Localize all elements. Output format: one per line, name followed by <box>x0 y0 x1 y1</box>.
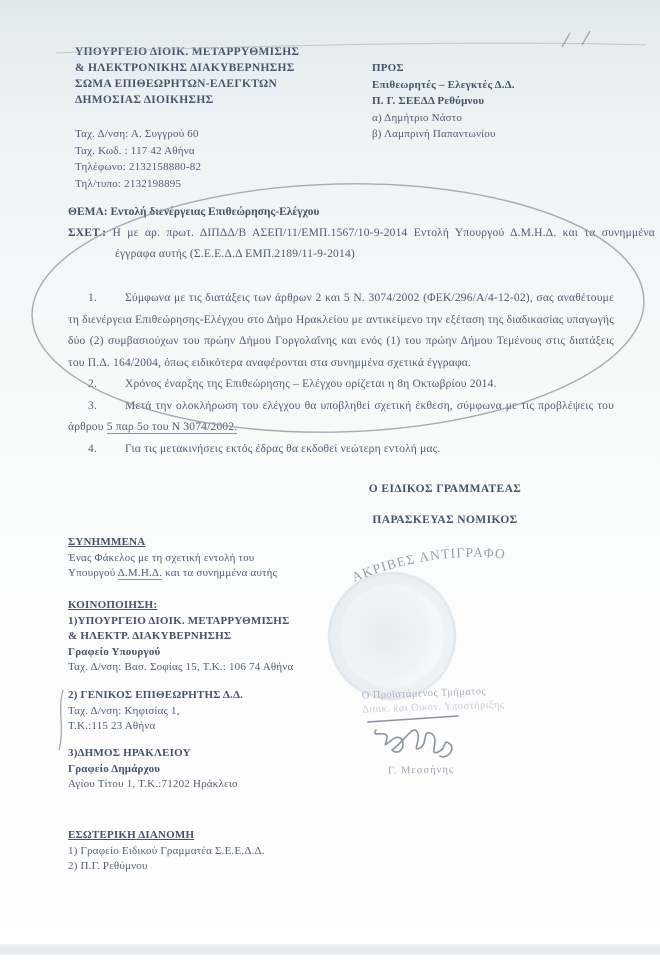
internal-distribution-heading: ΕΣΩΤΕΡΙΚΗ ΔΙΑΝΟΜΗ <box>68 828 378 844</box>
attachments-line: Ένας Φάκελος με τη σχετική εντολή του <box>68 551 348 567</box>
officer-name: Γ. Μεσσήνης <box>388 764 454 776</box>
reference-label: ΣΧΕΤ.: <box>68 227 106 239</box>
agency-line: ΣΩΜΑ ΕΠΙΘΕΩΡΗΤΩΝ-ΕΛΕΓΚΤΩΝ <box>75 76 375 92</box>
pen-mark-left-margin <box>59 690 63 750</box>
notification-entry-line: 1)ΥΠΟΥΡΓΕΙΟ ΔΙΟΙΚ. ΜΕΤΑΡΡΥΘΜΙΣΗΣ <box>68 614 378 630</box>
body-paragraphs: 1.Σύμφωνα με τις διατάξεις των άρθρων 2 … <box>68 288 614 460</box>
officer-stamp-block: Ο Προϊστάμενος Τμήματος Διοικ. και Οικον… <box>362 683 563 718</box>
attachments-line-part: Υπουργού <box>68 567 118 579</box>
subject-line: ΘΕΜΑ: Εντολή διενέργειας Επιθεώρησης-Ελέ… <box>68 206 614 218</box>
paragraph-3: 3.Μετά την ολοκλήρωση του ελέγχου θα υπο… <box>68 396 614 439</box>
signer-name: ΠΑΡΑΣΚΕΥΑΣ ΝΟΜΙΚΟΣ <box>320 514 570 526</box>
recipient-block: ΠΡΟΣ Επιθεωρητές – Ελεγκτές Δ.Δ. Π. Γ. Σ… <box>372 60 632 143</box>
agency-line: ΔΗΜΟΣΙΑΣ ΔΙΟΙΚΗΣΗΣ <box>75 92 375 108</box>
notification-block: ΚΟΙΝΟΠΟΙΗΣΗ: 1)ΥΠΟΥΡΓΕΙΟ ΔΙΟΙΚ. ΜΕΤΑΡΡΥΘ… <box>68 598 378 676</box>
paragraph-number: 4. <box>78 439 97 461</box>
paragraph-4: 4.Για τις μετακινήσεις εκτός έδρας θα εκ… <box>68 439 614 461</box>
paragraph-1: 1.Σύμφωνα με τις διατάξεις των άρθρων 2 … <box>68 288 614 374</box>
contact-block: Ταχ. Δ/νση: Α. Συγγρού 60 Ταχ. Κωδ. : 11… <box>75 126 335 192</box>
agency-line: & ΗΛΕΚΤΡΟΝΙΚΗΣ ΔΙΑΚΥΒΕΡΝΗΣΗΣ <box>75 60 375 76</box>
agency-line: ΥΠΟΥΡΓΕΙΟ ΔΙΟΙΚ. ΜΕΤΑΡΡΥΘΜΙΣΗΣ <box>75 44 375 60</box>
notification-heading: ΚΟΙΝΟΠΟΙΗΣΗ: <box>68 598 378 614</box>
attachments-heading: ΣΥΝΗΜΜΕΝΑ <box>68 535 348 551</box>
recipient-line: Π. Γ. ΣΕΕΔΔ Ρεθύμνου <box>372 93 632 110</box>
paragraph-text-underlined: 5 παρ 5ο του Ν 3074/2002. <box>107 421 238 434</box>
notification-entry-line: Τ.Κ.:115 23 Αθήνα <box>68 719 378 735</box>
subject-text: Εντολή διενέργειας Επιθεώρησης-Ελέγχου <box>110 206 319 218</box>
internal-distribution-line: 1) Γραφείο Ειδικού Γραμματέα Σ.Ε.Ε.Δ.Δ. <box>68 844 378 860</box>
paragraph-text: Για τις μετακινήσεις εκτός έδρας θα εκδο… <box>125 443 440 455</box>
scan-edge-band <box>0 944 660 955</box>
reference-text: Η με αρ. πρωτ. ΔΙΠΔΔ/Β ΑΣΕΠ/11/ΕΜΠ.1567/… <box>113 227 656 260</box>
notification-entry-line: 2) ΓΕΝΙΚΟΣ ΕΠΙΘΕΩΡΗΤΗΣ Δ.Δ. <box>68 688 378 704</box>
attachments-line-part: και τα συνημμένα αυτής <box>162 567 277 579</box>
paragraph-text: Χρόνος έναρξης της Επιθεώρησης – Ελέγχου… <box>125 378 497 390</box>
paragraph-number: 2. <box>78 374 97 396</box>
reference-block: ΣΧΕΤ.: Η με αρ. πρωτ. ΔΙΠΔΔ/Β ΑΣΕΠ/11/ΕΜ… <box>68 223 655 265</box>
pen-slash-marks <box>562 31 590 47</box>
internal-distribution-block: ΕΣΩΤΕΡΙΚΗ ΔΙΑΝΟΜΗ 1) Γραφείο Ειδικού Γρα… <box>68 828 378 875</box>
paragraph-2: 2.Χρόνος έναρξης της Επιθεώρησης – Ελέγχ… <box>68 374 614 396</box>
paragraph-number: 3. <box>78 396 97 418</box>
attachments-block: ΣΥΝΗΜΜΕΝΑ Ένας Φάκελος με τη σχετική εντ… <box>68 535 348 582</box>
paragraph-text: Σύμφωνα με τις διατάξεις των άρθρων 2 κα… <box>68 292 614 369</box>
notification-entry-2: 2) ΓΕΝΙΚΟΣ ΕΠΙΘΕΩΡΗΤΗΣ Δ.Δ. Ταχ. Δ/νση: … <box>68 688 378 735</box>
recipient-line: Επιθεωρητές – Ελεγκτές Δ.Δ. <box>372 77 632 94</box>
contact-line-fax: Τηλ/τυπο: 2132198895 <box>75 176 335 193</box>
attachments-line: Υπουργού Δ.Μ.Η.Δ. και τα συνημμένα αυτής <box>68 566 348 582</box>
contact-line-address: Ταχ. Δ/νση: Α. Συγγρού 60 <box>75 126 335 143</box>
notification-entry-line: Ταχ. Δ/νση: Βασ. Σοφίας 15, Τ.Κ.: 106 74… <box>68 660 378 676</box>
notification-entry-line: Γραφείο Δημάρχου <box>68 762 378 778</box>
letterhead-agency-block: ΥΠΟΥΡΓΕΙΟ ΔΙΟΙΚ. ΜΕΤΑΡΡΥΘΜΙΣΗΣ & ΗΛΕΚΤΡΟ… <box>75 44 375 108</box>
recipient-person: α) Δημήτριο Νάστο <box>372 110 632 127</box>
notification-entry-line: Γραφείο Υπουργού <box>68 645 378 661</box>
internal-distribution-line: 2) Π.Γ. Ρεθύμνου <box>68 859 378 875</box>
signer-title: Ο ΕΙΔΙΚΟΣ ΓΡΑΜΜΑΤΕΑΣ <box>320 483 570 495</box>
subject-label: ΘΕΜΑ: <box>68 206 108 218</box>
notification-entry-line: & ΗΛΕΚΤΡ. ΔΙΑΚΥΒΕΡΝΗΣΗΣ <box>68 629 378 645</box>
attachments-line-underlined: Δ.Μ.Η.Δ. <box>118 567 162 580</box>
contact-line-postcode: Ταχ. Κωδ. : 117 42 Αθήνα <box>75 143 335 160</box>
notification-entry-line: Αγίου Τίτου 1, Τ.Κ.:71202 Ηράκλειο <box>68 777 378 793</box>
notification-entry-3: 3)ΔΗΜΟΣ ΗΡΑΚΛΕΙΟΥ Γραφείο Δημάρχου Αγίου… <box>68 746 378 793</box>
recipient-heading: ΠΡΟΣ <box>372 60 632 77</box>
scanned-document-page: ΥΠΟΥΡΓΕΙΟ ΔΙΟΙΚ. ΜΕΤΑΡΡΥΘΜΙΣΗΣ & ΗΛΕΚΤΡΟ… <box>0 0 660 962</box>
recipient-person: β) Λαμπρινή Παπαντωνίου <box>372 126 632 143</box>
notification-entry-line: Ταχ. Δ/νση: Κηφισίας 1, <box>68 704 378 720</box>
contact-line-phone: Τηλέφωνο: 2132158880-82 <box>75 159 335 176</box>
notification-entry-line: 3)ΔΗΜΟΣ ΗΡΑΚΛΕΙΟΥ <box>68 746 378 762</box>
paragraph-number: 1. <box>78 288 97 310</box>
